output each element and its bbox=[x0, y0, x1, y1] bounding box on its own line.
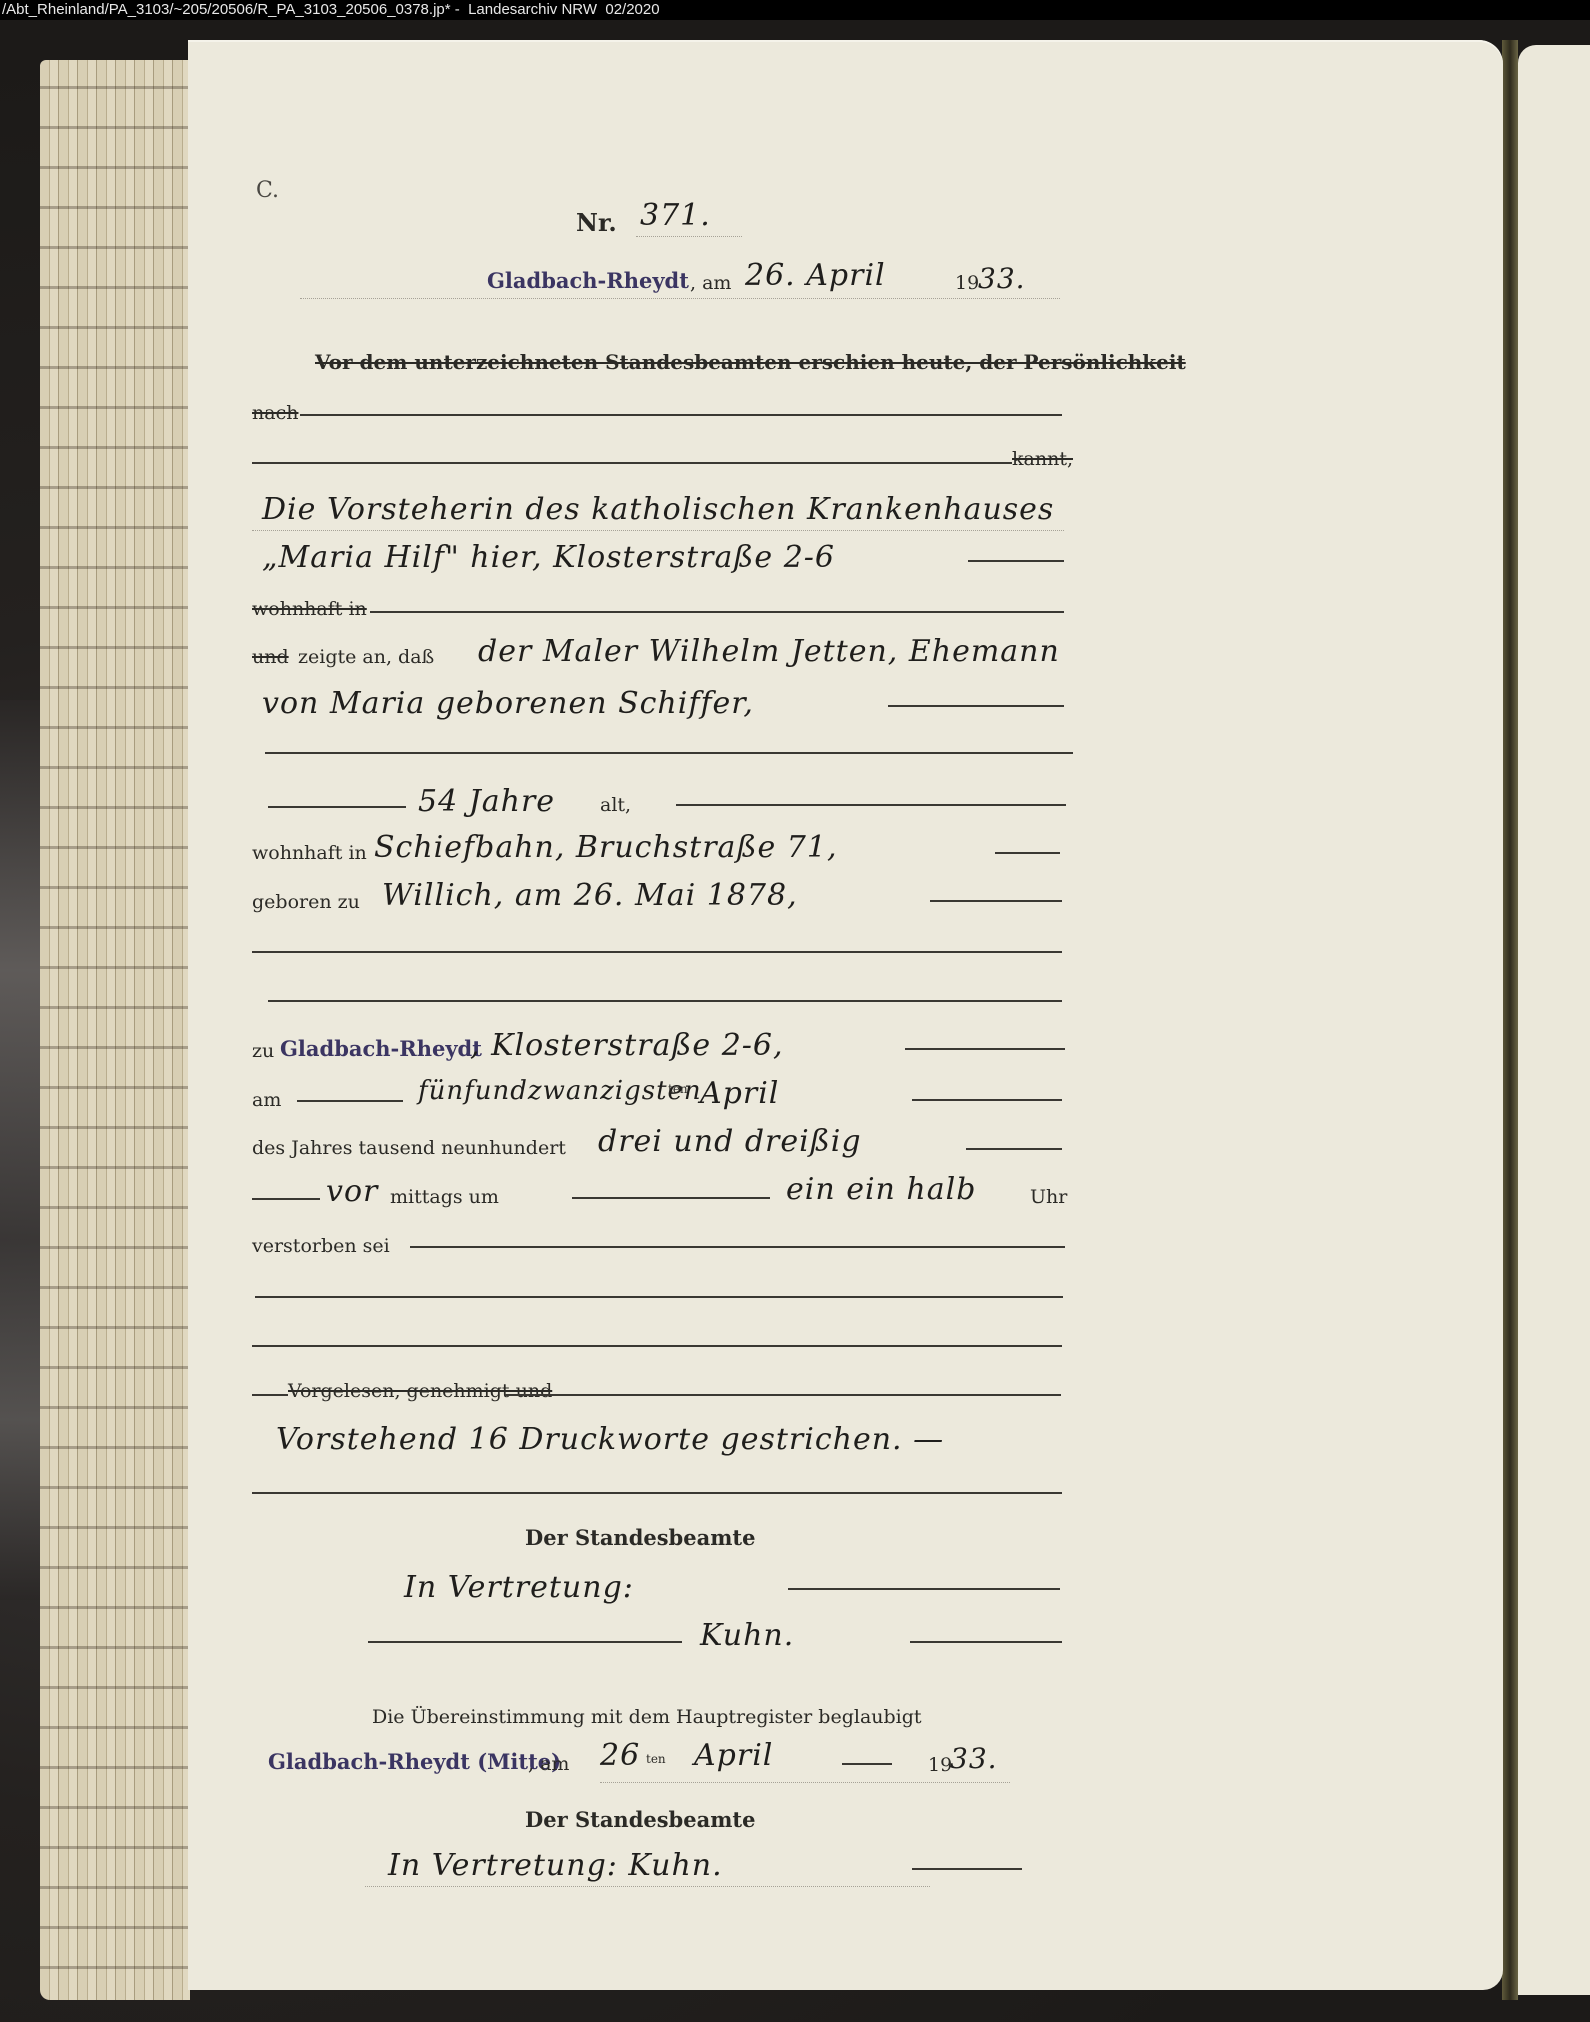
strike-line bbox=[370, 611, 1064, 613]
deceased-line-1: der Maler Wilhelm Jetten, Ehemann bbox=[478, 634, 1060, 669]
window-title: /Abt_Rheinland/PA_3103/~205/20506/R_PA_3… bbox=[2, 1, 660, 18]
zeigte-an-label: zeigte an, daß bbox=[298, 646, 434, 668]
certification-day: 26 bbox=[600, 1738, 640, 1773]
preamble-struck-text: Vor dem unterzeichneten Standesbeamten e… bbox=[315, 350, 1186, 374]
dotted-line bbox=[252, 530, 1064, 531]
record-number-value: 371. bbox=[640, 198, 711, 233]
signature-vertretung: In Vertretung: bbox=[404, 1570, 634, 1605]
date-am-label: , am bbox=[690, 272, 731, 294]
certification-month: April bbox=[694, 1738, 773, 1773]
birth-value: Willich, am 26. Mai 1878, bbox=[382, 878, 798, 913]
strike-line bbox=[505, 1394, 1061, 1396]
informant-line-1: Die Vorsteherin des katholischen Kranken… bbox=[262, 492, 1054, 527]
wohnhaft-label-struck: wohnhaft in bbox=[252, 598, 367, 620]
death-day-value: fünfundzwanzigsten bbox=[418, 1076, 702, 1106]
fill-line bbox=[252, 1198, 320, 1200]
fill-line bbox=[842, 1763, 892, 1765]
time-prefix: vor bbox=[326, 1174, 378, 1209]
strike-line bbox=[300, 414, 1062, 416]
residence-value: Schiefbahn, Bruchstraße 71, bbox=[374, 830, 837, 865]
certification-year-suffix: 33. bbox=[950, 1742, 998, 1775]
informant-line-2: „Maria Hilf" hier, Klosterstraße 2-6 bbox=[262, 540, 835, 575]
certification-place-stamp: Gladbach-Rheydt (Mitte) bbox=[268, 1749, 561, 1774]
death-place-value: , Klosterstraße 2-6, bbox=[470, 1028, 784, 1063]
record-number-label: Nr. bbox=[576, 208, 617, 237]
certification-signature: In Vertretung: Kuhn. bbox=[388, 1848, 723, 1883]
und-struck: und bbox=[252, 646, 289, 668]
fill-line bbox=[252, 1345, 1062, 1347]
am-label: am bbox=[252, 1089, 281, 1111]
uhr-label: Uhr bbox=[1030, 1186, 1067, 1208]
fill-line bbox=[910, 1641, 1062, 1643]
time-value: ein ein halb bbox=[786, 1172, 976, 1207]
time-label: mittags um bbox=[390, 1186, 499, 1208]
year-suffix: 33. bbox=[978, 262, 1026, 295]
certification-text: Die Übereinstimmung mit dem Hauptregiste… bbox=[372, 1706, 922, 1728]
fill-line bbox=[912, 1099, 1062, 1101]
fill-line bbox=[252, 951, 1062, 953]
fill-line bbox=[265, 752, 1073, 754]
fill-line bbox=[252, 1492, 1062, 1494]
fill-line bbox=[368, 1641, 682, 1643]
date-dotted-line bbox=[300, 298, 1060, 299]
death-month-value: April bbox=[700, 1076, 779, 1111]
kannt-label: kannt, bbox=[1012, 448, 1073, 470]
death-year-value: drei und dreißig bbox=[598, 1124, 862, 1159]
fill-line bbox=[788, 1588, 1060, 1590]
fill-line bbox=[968, 560, 1064, 562]
fill-line bbox=[268, 806, 406, 808]
fill-line bbox=[255, 1296, 1063, 1298]
dotted-line bbox=[600, 1782, 1010, 1783]
record-date-value: 26. April bbox=[745, 258, 886, 293]
deceased-line-2: von Maria geborenen Schiffer, bbox=[262, 686, 754, 721]
background-cloth bbox=[0, 700, 40, 1600]
fill-line bbox=[888, 705, 1064, 707]
fill-line bbox=[930, 900, 1062, 902]
year-label: des Jahres tausend neunhundert bbox=[252, 1137, 566, 1159]
nach-label: nach bbox=[252, 402, 298, 424]
certification-day-suffix: ten bbox=[646, 1752, 666, 1766]
fill-line bbox=[995, 852, 1060, 854]
fill-line bbox=[297, 1100, 403, 1102]
window-title-bar: /Abt_Rheinland/PA_3103/~205/20506/R_PA_3… bbox=[0, 0, 1590, 20]
dotted-line bbox=[365, 1886, 930, 1887]
book-spine bbox=[1502, 40, 1518, 2000]
fill-line bbox=[676, 804, 1066, 806]
age-label: alt, bbox=[600, 794, 631, 816]
death-place-stamp: Gladbach-Rheydt bbox=[280, 1036, 482, 1061]
fill-line bbox=[905, 1048, 1065, 1050]
place-stamp: Gladbach-Rheydt bbox=[487, 268, 689, 293]
fill-line bbox=[268, 1000, 1062, 1002]
fill-line bbox=[966, 1148, 1062, 1150]
strike-line bbox=[252, 462, 1012, 464]
official-title: Der Standesbeamte bbox=[525, 1525, 756, 1550]
residence-label: wohnhaft in bbox=[252, 842, 367, 864]
page-stack-edge bbox=[40, 60, 190, 2000]
register-page bbox=[188, 40, 1503, 1990]
zu-label: zu bbox=[252, 1040, 274, 1062]
strike-line bbox=[252, 1394, 288, 1396]
death-day-suffix: ten bbox=[668, 1082, 688, 1096]
correction-note: Vorstehend 16 Druckworte gestrichen. — bbox=[276, 1422, 944, 1457]
certification-year-prefix: 19 bbox=[928, 1754, 952, 1776]
signature-name: Kuhn. bbox=[700, 1618, 794, 1653]
fill-line bbox=[410, 1246, 1065, 1248]
certification-official-title: Der Standesbeamte bbox=[525, 1807, 756, 1832]
margin-mark: C. bbox=[256, 178, 279, 203]
verstorben-label: verstorben sei bbox=[252, 1235, 390, 1257]
vorgelesen-struck: Vorgelesen, genehmigt und bbox=[288, 1380, 552, 1402]
certification-am-label: , am bbox=[528, 1753, 569, 1775]
fill-line bbox=[572, 1197, 770, 1199]
fill-line bbox=[912, 1868, 1022, 1870]
right-page bbox=[1518, 45, 1590, 1995]
age-value: 54 Jahre bbox=[418, 784, 555, 819]
number-dotted-line bbox=[636, 236, 742, 237]
year-prefix: 19 bbox=[955, 272, 979, 294]
birth-label: geboren zu bbox=[252, 891, 360, 913]
